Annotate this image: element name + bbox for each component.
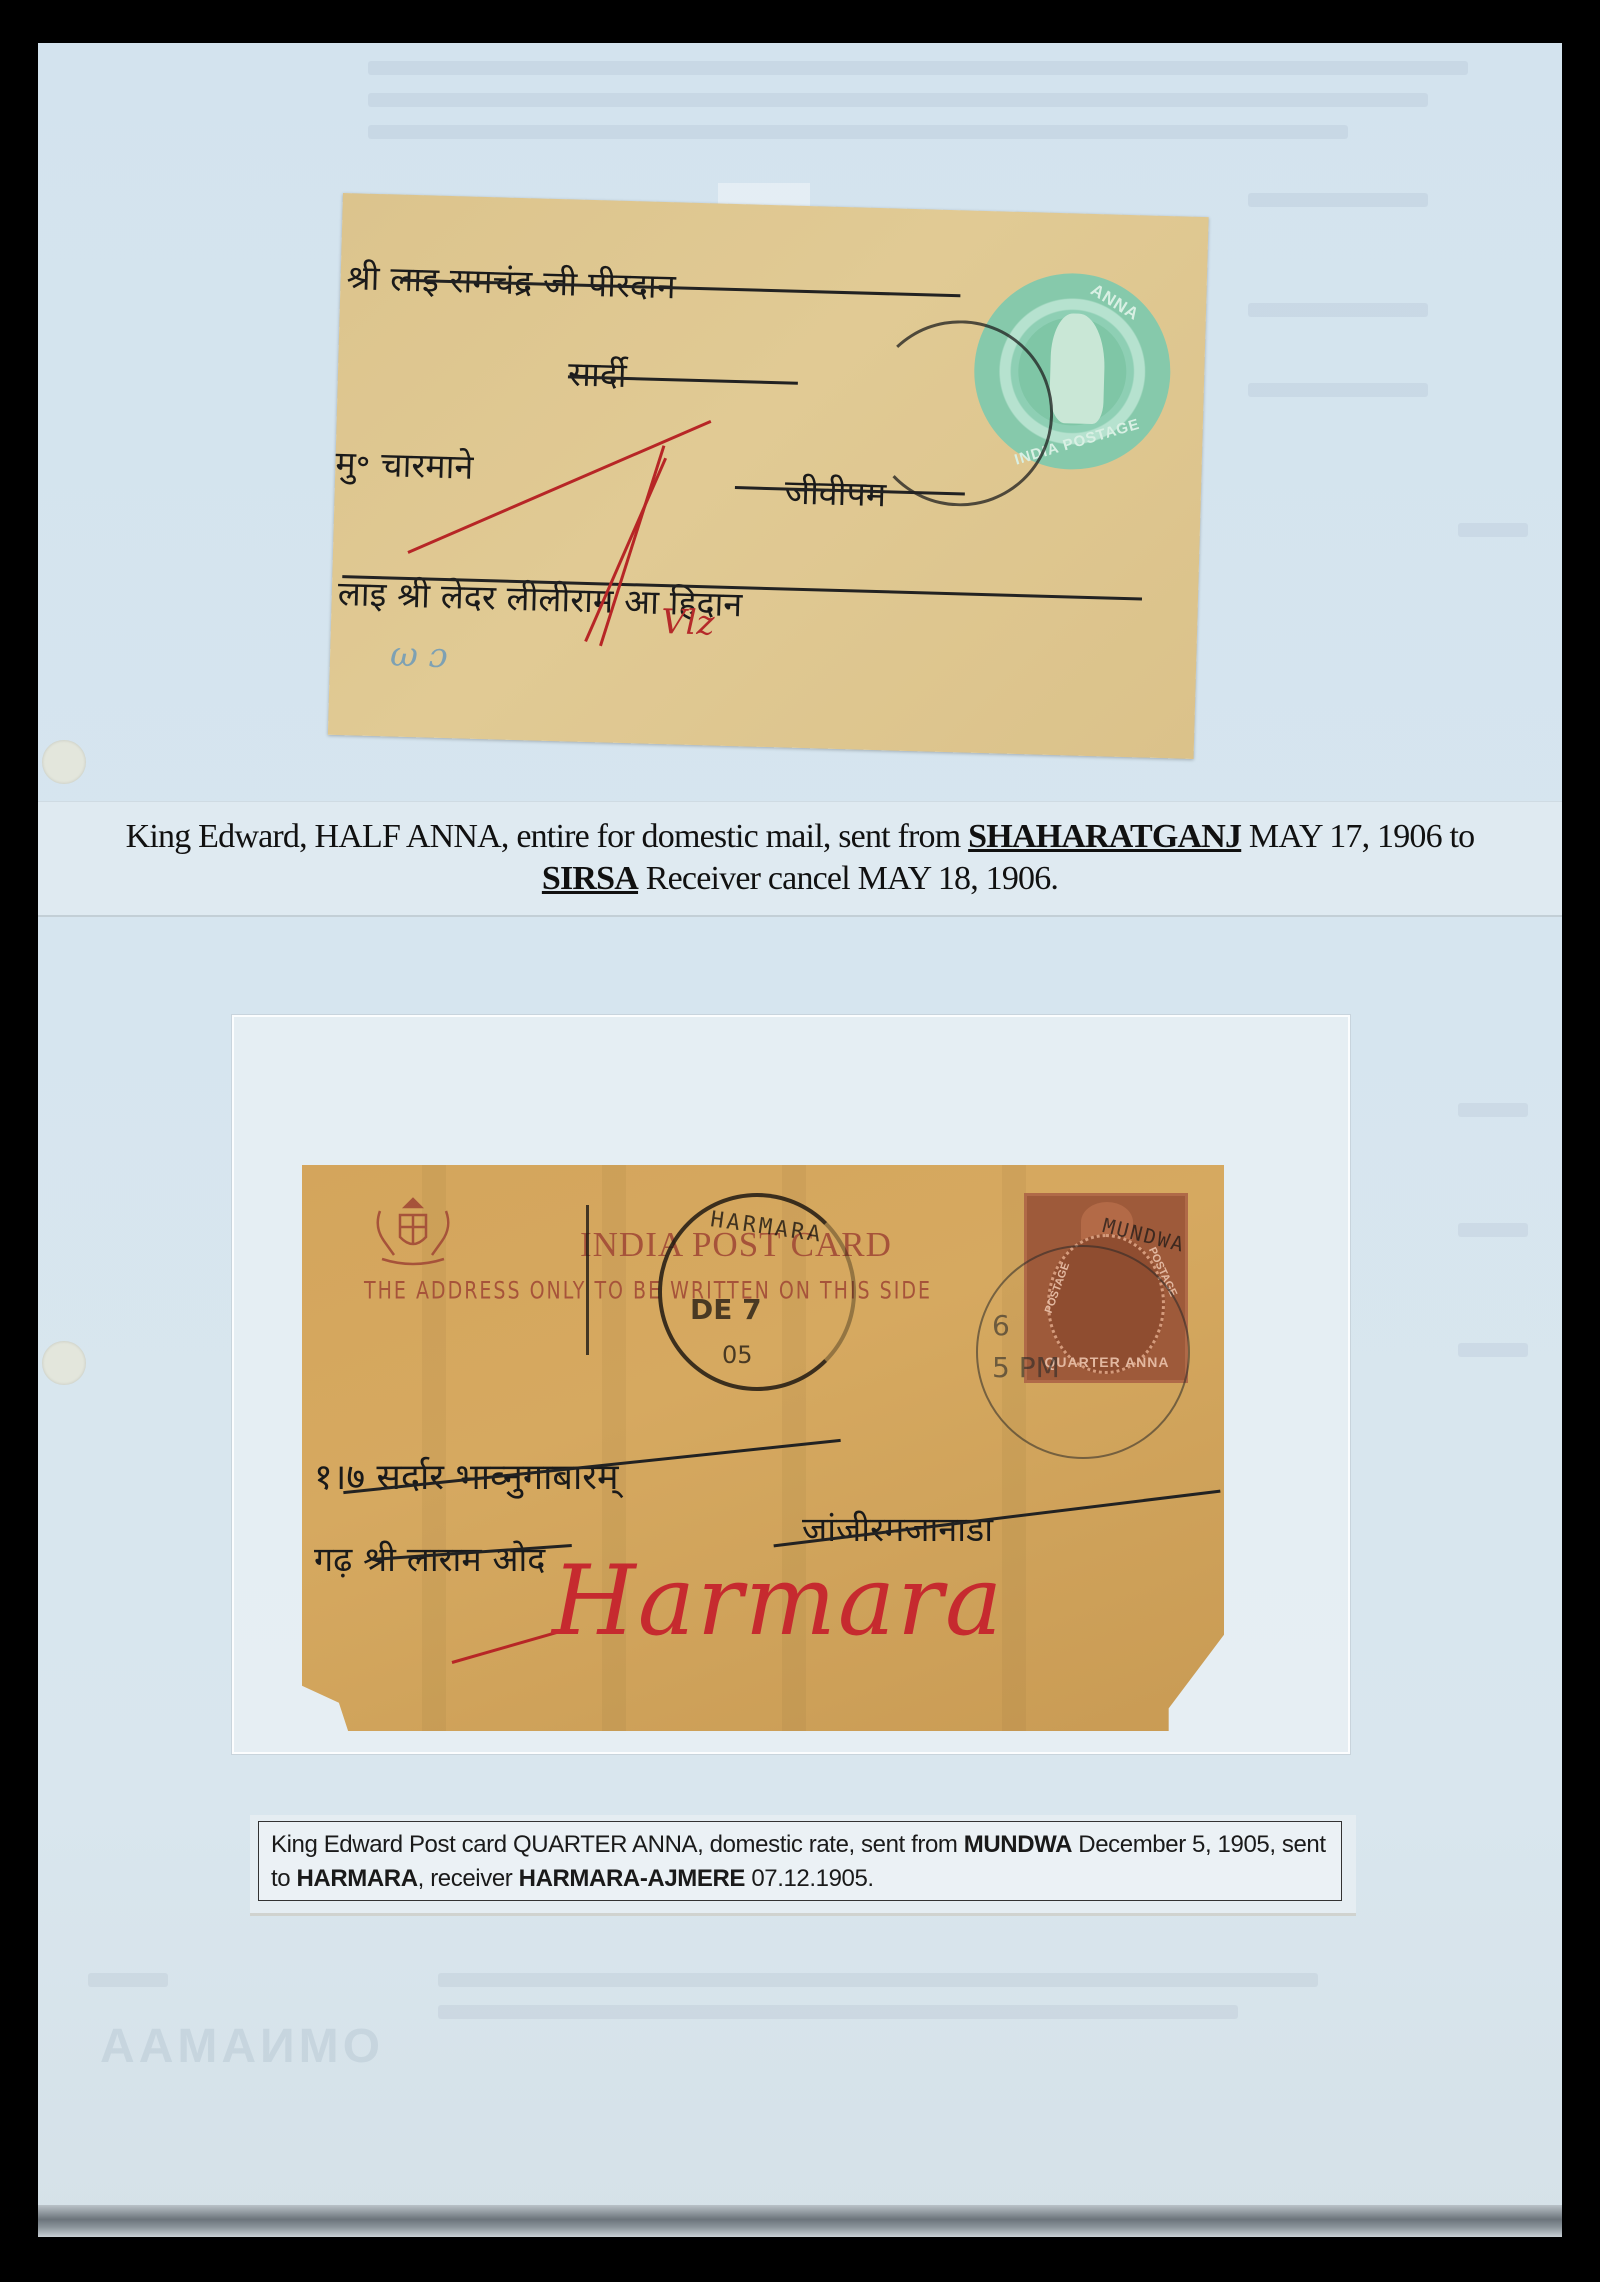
show-through-text: [438, 2005, 1238, 2019]
caption-origin: SHAHARATGANJ: [968, 818, 1241, 855]
show-through-text: [1458, 1343, 1528, 1357]
show-through-text: [1248, 383, 1428, 397]
postmark-time: 5 PM: [992, 1347, 1060, 1389]
show-through-text: [368, 125, 1348, 139]
caption-destination: HARMARA: [296, 1865, 417, 1892]
caption-text: King Edward Post card QUARTER ANNA, dome…: [271, 1831, 964, 1858]
show-through-text: [88, 1973, 168, 1987]
caption-text: King Edward, HALF ANNA, entire for domes…: [126, 818, 968, 855]
handwritten-red-destination: Harmara: [552, 1545, 1004, 1657]
handwritten-address-line: सार्दी: [567, 349, 627, 397]
album-page: OMNAMAA ANNA INDIA POSTAGE श्री लाइ रामच…: [38, 43, 1562, 2237]
caption-item-1: King Edward, HALF ANNA, entire for domes…: [38, 801, 1562, 917]
caption-item-2: King Edward Post card QUARTER ANNA, dome…: [258, 1821, 1342, 1901]
caption-text: MAY 17, 1906 to: [1241, 818, 1474, 855]
king-edward-portrait-icon: [1049, 313, 1106, 424]
caption-origin: MUNDWA: [964, 1831, 1072, 1858]
postal-card-quarter-anna: INDIA POST CARD THE ADDRESS ONLY TO BE W…: [302, 1165, 1224, 1731]
postal-envelope-half-anna: ANNA INDIA POSTAGE श्री लाइ रामचंद्र जी …: [328, 193, 1209, 759]
postmark-date: DE 7: [690, 1293, 762, 1326]
page-bottom-edge-sheen: [38, 2205, 1562, 2237]
handwritten-red-note: Vlz: [661, 602, 715, 643]
handwritten-address-line: श्री लाइ रामचंद्र जी पीरदान: [346, 253, 676, 308]
caption-destination: SIRSA: [542, 860, 638, 897]
postmark-day: 6: [992, 1305, 1060, 1347]
caption-item-2-mount: King Edward Post card QUARTER ANNA, dome…: [250, 1815, 1356, 1913]
show-through-text: [438, 1973, 1318, 1987]
punch-hole: [42, 1341, 86, 1385]
caption-text: Receiver cancel MAY 18, 1906.: [638, 860, 1058, 897]
ink-divider-line: [586, 1205, 589, 1355]
handwritten-blue-note: ω ɔ: [390, 635, 449, 677]
postmark-year: 05: [722, 1341, 753, 1369]
show-through-text: [1458, 1103, 1528, 1117]
caption-text: 07.12.1905.: [745, 1865, 874, 1892]
handwritten-address-line: गढ़ श्री लाराम ओद: [314, 1535, 545, 1581]
red-pen-mark: [452, 1631, 559, 1664]
protective-sleeve: INDIA POST CARD THE ADDRESS ONLY TO BE W…: [232, 1015, 1350, 1754]
handwritten-address-line: मु॰ चारमाने: [335, 439, 474, 489]
handwritten-address-line: १।७ सर्दार भाव्नुगाबारम्: [314, 1451, 619, 1500]
postmark-date: 6 5 PM: [992, 1305, 1060, 1389]
show-through-text: [1458, 1223, 1528, 1237]
show-through-logo: OMNAMAA: [96, 2019, 380, 2074]
show-through-text: [368, 93, 1428, 107]
caption-receiver: HARMARA-AJMERE: [519, 1865, 745, 1892]
card-stain: [1002, 1165, 1026, 1731]
royal-coat-of-arms-icon: [370, 1195, 456, 1271]
show-through-text: [368, 61, 1468, 75]
punch-hole: [42, 740, 86, 784]
stamp-value-text: ANNA: [1087, 280, 1143, 325]
show-through-text: [1458, 523, 1528, 537]
caption-text: , receiver: [418, 1865, 519, 1892]
show-through-text: [1248, 303, 1428, 317]
show-through-text: [1248, 193, 1428, 207]
